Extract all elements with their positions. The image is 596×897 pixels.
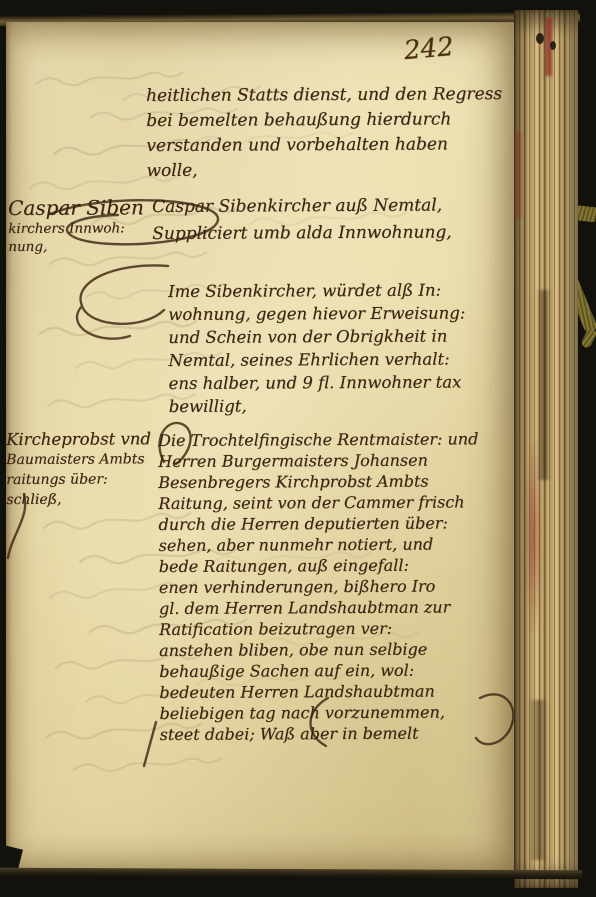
manuscript-line: Caspar Siben [8,195,144,220]
margin-note-inwohnung: Caspar Siben kirchers Innwoh: nung, [8,195,144,256]
paragraph-top: heitlichen Statts dienst, und den Regres… [146,82,503,184]
manuscript-line: Besenbregers Kirchprobst Ambts [158,470,478,493]
manuscript-line: heitlichen Statts dienst, und den Regres… [146,82,502,109]
manuscript-line: anstehen bliben, obe nun selbige [159,638,479,661]
manuscript-line: Baumaisters Ambts [6,449,151,470]
manuscript-page: 242 heitlichen Statts dienst, und den Re… [6,22,516,874]
paragraph-petition: Caspar Sibenkircher auß Nemtal, Supplici… [152,192,452,248]
manuscript-line: behaußige Sachen auf ein, wol: [159,659,479,682]
manuscript-line: bewilligt, [169,393,466,418]
manuscript-line: Ime Sibenkircher, würdet alß In: [168,278,465,303]
manuscript-line: Herren Burgermaisters Johansen [158,449,478,472]
manuscript-line: Caspar Sibenkircher auß Nemtal, [152,192,452,221]
paragraph-grant: Ime Sibenkircher, würdet alß In: wohnung… [168,278,466,418]
manuscript-line: und Schein von der Obrigkheit in [168,324,465,349]
manuscript-line: ens halber, und 9 fl. Innwohner tax [168,370,465,395]
manuscript-line: gl. dem Herren Landshaubtman zur [159,596,479,619]
manuscript-line: Raitung, seint von der Cammer frisch [158,491,478,514]
manuscript-line: bedeuten Herren Landshaubtman [159,680,479,703]
manuscript-line: raitungs über: [6,469,151,490]
manuscript-line: verstanden und vorbehalten haben [146,132,502,159]
clasp-ribbon [580,327,596,349]
manuscript-line: schließ, [6,489,151,510]
manuscript-line: steet dabei; Waß aber in bemelt [160,722,480,745]
manuscript-line: nung, [8,237,144,256]
book-bottom-edge [0,868,582,880]
folio-number: 242 [403,32,455,66]
edge-shadow [528,700,550,860]
margin-note-kirchprobst: Kircheprobst vnd Baumaisters Ambts raitu… [6,429,151,510]
manuscript-line: Die Trochtelfingische Rentmaister: und [158,428,478,451]
manuscript-line: bei bemelten behaußung hierdurch [146,107,502,134]
edge-red-stain [516,132,521,218]
manuscript-line: durch die Herren deputierten über: [158,512,478,535]
manuscript-line: beliebigen tag nach vorzunemmen, [159,701,479,724]
manuscript-line: Nemtal, seines Ehrlichen verhalt: [168,347,465,372]
edge-shadow [536,290,554,480]
manuscript-line: kirchers Innwoh: [8,219,144,238]
manuscript-line: wohnung, gegen hievor Erweisung: [168,301,465,326]
manuscript-line: bede Raitungen, auß eingefall: [159,554,479,577]
manuscript-scan: 242 heitlichen Statts dienst, und den Re… [0,0,596,897]
manuscript-line: Ratification beizutragen ver: [159,617,479,640]
manuscript-line: wolle, [146,157,502,184]
manuscript-line: sehen, aber nunmehr notiert, und [159,533,479,556]
wormhole-mark [550,41,556,50]
paragraph-accounts: Die Trochtelfingische Rentmaister: und H… [158,428,480,745]
manuscript-line: Kircheprobst vnd [6,429,151,450]
wormhole-mark [536,33,544,44]
manuscript-line: Suppliciert umb alda Innwohnung, [152,219,452,248]
manuscript-line: enen verhinderungen, bißhero Iro [159,575,479,598]
